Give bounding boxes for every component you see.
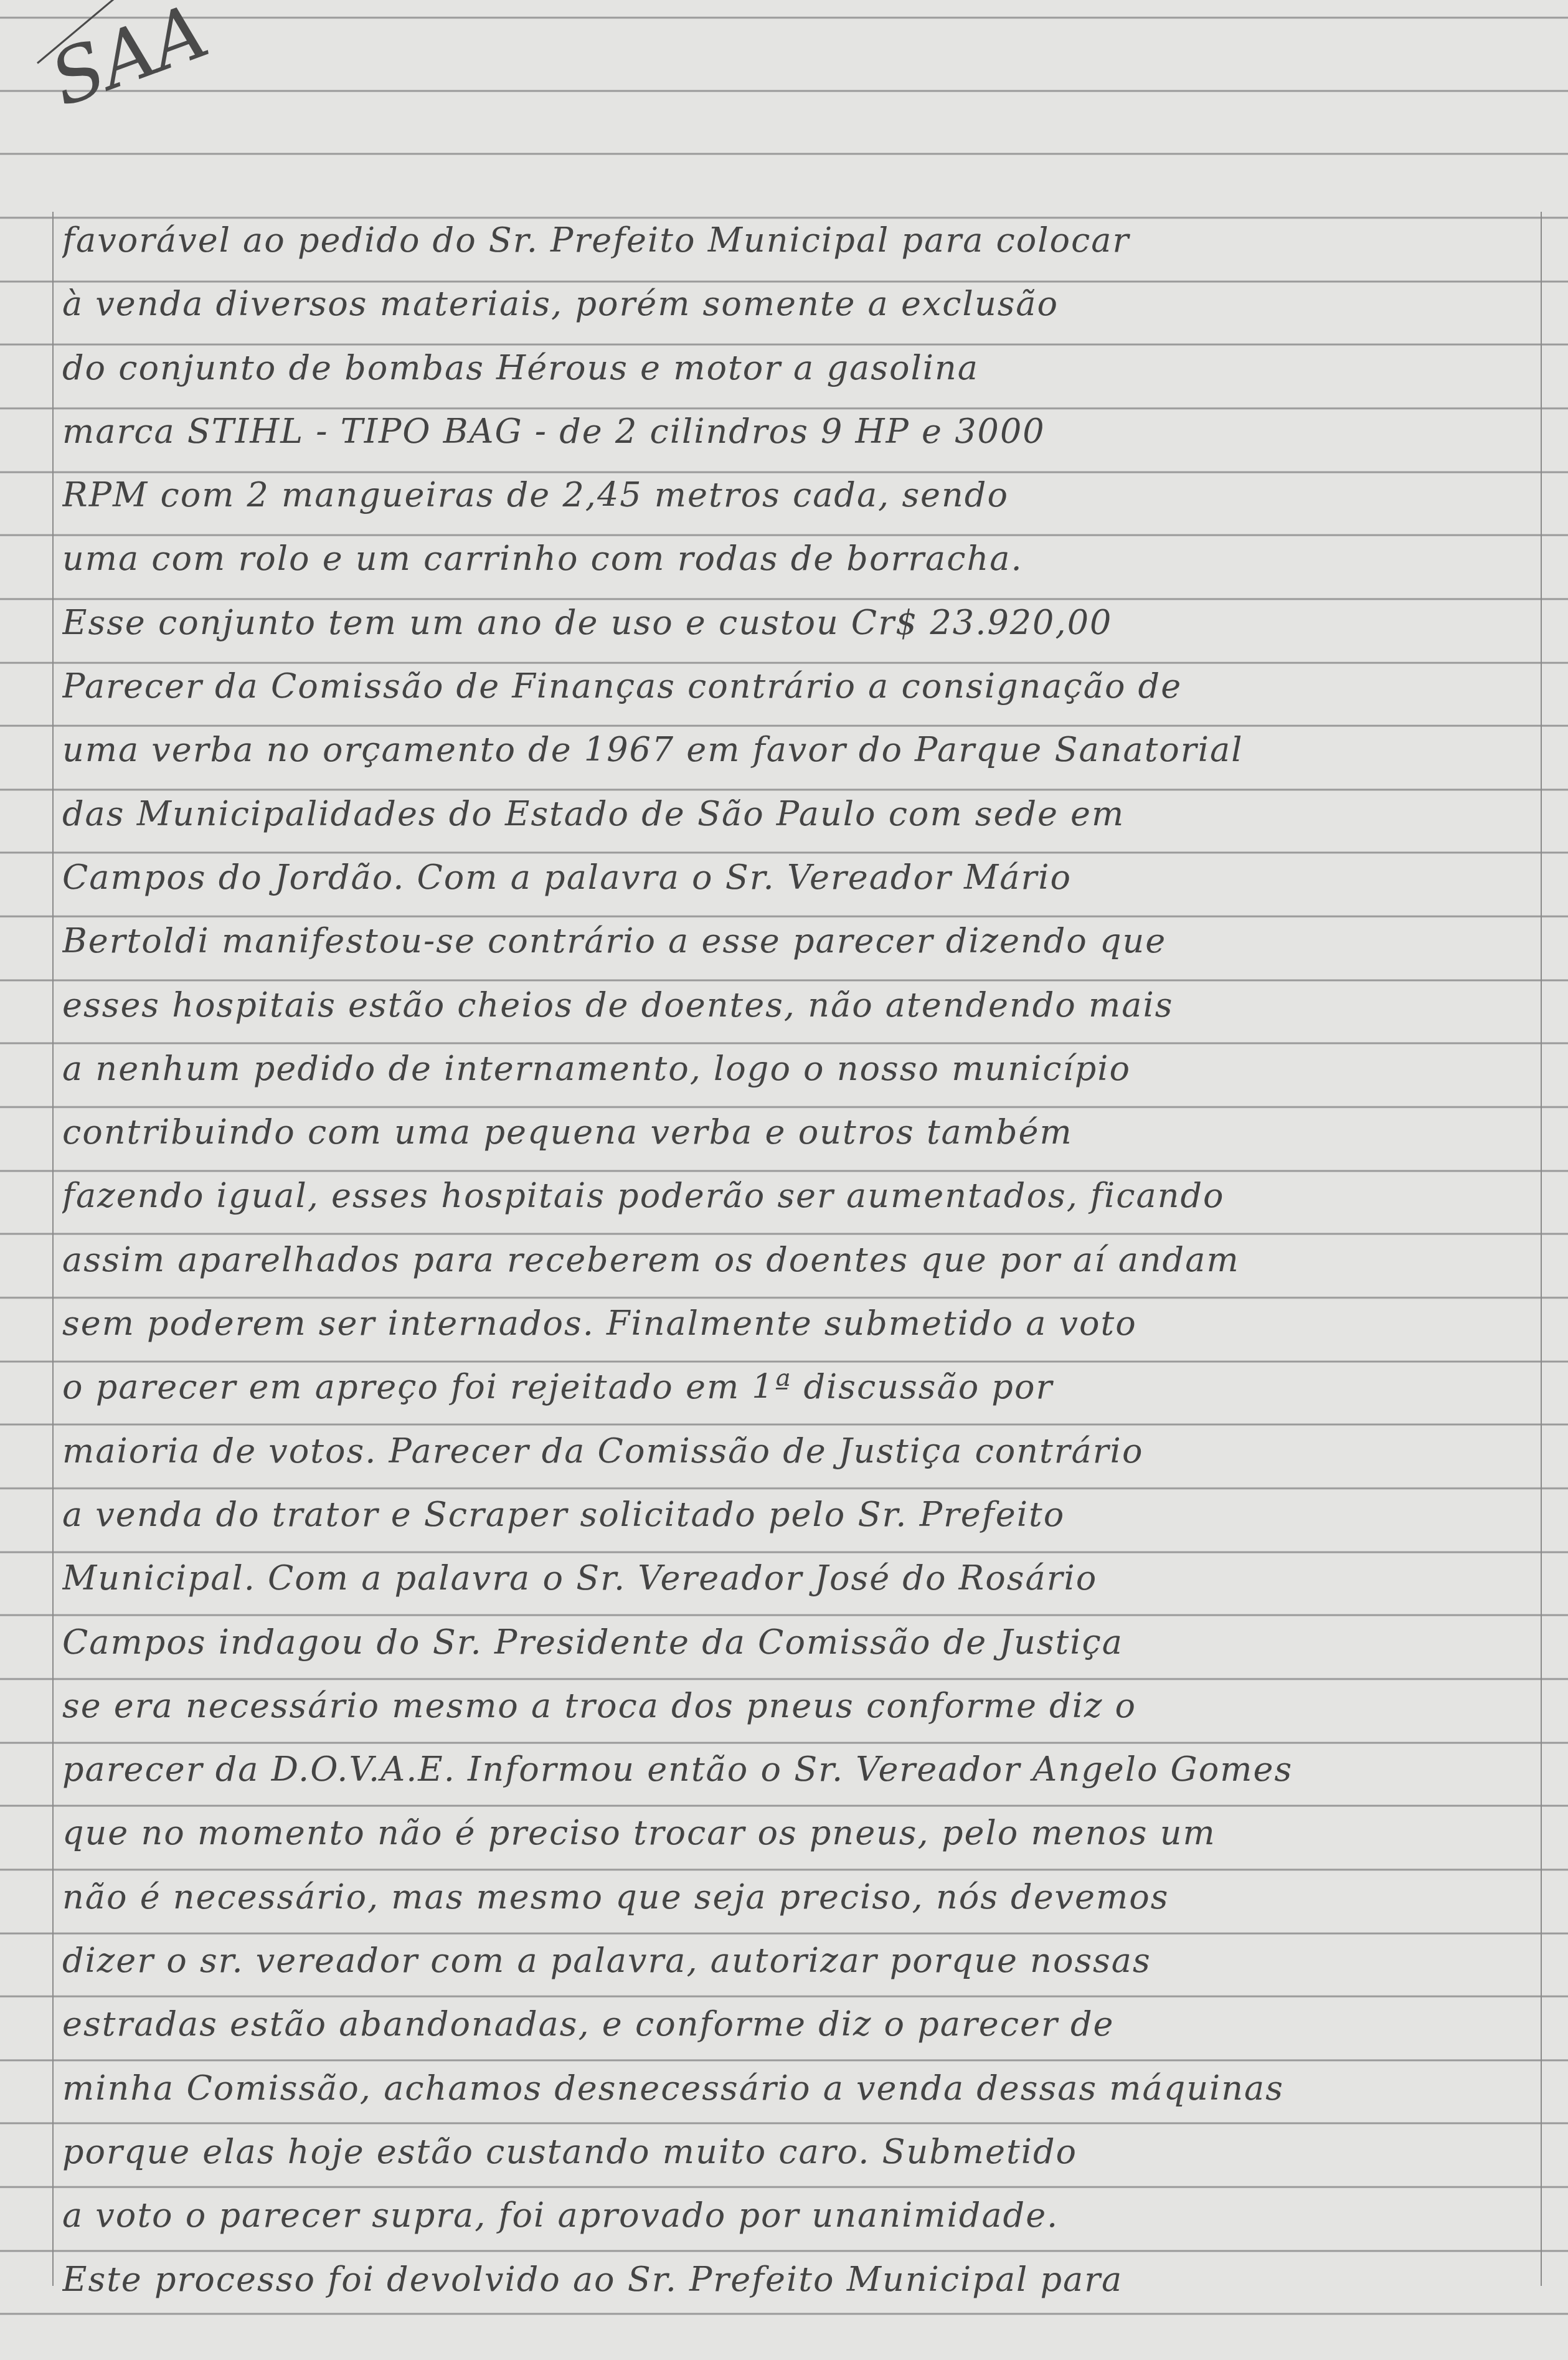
text-line: se era necessário mesmo a troca dos pneu… bbox=[62, 1674, 1544, 1738]
text-line: das Municipalidades do Estado de São Pau… bbox=[62, 782, 1544, 846]
text-line: sem poderem ser internados. Finalmente s… bbox=[62, 1292, 1544, 1355]
text-line: Campos do Jordão. Com a palavra o Sr. Ve… bbox=[62, 846, 1544, 909]
text-line: favorável ao pedido do Sr. Prefeito Muni… bbox=[62, 209, 1544, 272]
text-line: Parecer da Comissão de Finanças contrári… bbox=[62, 655, 1544, 718]
text-line: à venda diversos materiais, porém soment… bbox=[62, 272, 1544, 336]
text-line: que no momento não é preciso trocar os p… bbox=[62, 1801, 1544, 1865]
text-line: uma com rolo e um carrinho com rodas de … bbox=[62, 527, 1544, 590]
text-line: RPM com 2 mangueiras de 2,45 metros cada… bbox=[62, 463, 1544, 527]
text-line: Campos indagou do Sr. Presidente da Comi… bbox=[62, 1611, 1544, 1674]
text-line: esses hospitais estão cheios de doentes,… bbox=[62, 974, 1544, 1037]
text-line: não é necessário, mas mesmo que seja pre… bbox=[62, 1865, 1544, 1929]
text-line: o parecer em apreço foi rejeitado em 1ª … bbox=[62, 1355, 1544, 1419]
text-line: assim aparelhados para receberem os doen… bbox=[62, 1228, 1544, 1292]
text-line: minha Comissão, achamos desnecessário a … bbox=[62, 2057, 1544, 2120]
text-line: Este processo foi devolvido ao Sr. Prefe… bbox=[62, 2248, 1544, 2311]
text-line: Municipal. Com a palavra o Sr. Vereador … bbox=[62, 1547, 1544, 1610]
text-line: Esse conjunto tem um ano de uso e custou… bbox=[62, 591, 1544, 655]
text-line: dizer o sr. vereador com a palavra, auto… bbox=[62, 1929, 1544, 1993]
handwritten-text-body: favorável ao pedido do Sr. Prefeito Muni… bbox=[62, 209, 1544, 2311]
text-line: Bertoldi manifestou-se contrário a esse … bbox=[62, 909, 1544, 973]
monogram-signature: SAA bbox=[40, 0, 219, 124]
text-line: porque elas hoje estão custando muito ca… bbox=[62, 2120, 1544, 2184]
text-line: a nenhum pedido de internamento, logo o … bbox=[62, 1037, 1544, 1101]
text-line: contribuindo com uma pequena verba e out… bbox=[62, 1101, 1544, 1164]
left-margin-rule bbox=[52, 212, 54, 2286]
text-line: a voto o parecer supra, foi aprovado por… bbox=[62, 2184, 1544, 2247]
text-line: estradas estão abandonadas, e conforme d… bbox=[62, 1993, 1544, 2056]
text-line: parecer da D.O.V.A.E. Informou então o S… bbox=[62, 1738, 1544, 1801]
text-line: uma verba no orçamento de 1967 em favor … bbox=[62, 718, 1544, 782]
text-line: marca STIHL - TIPO BAG - de 2 cilindros … bbox=[62, 400, 1544, 463]
text-line: do conjunto de bombas Hérous e motor a g… bbox=[62, 336, 1544, 400]
text-line: a venda do trator e Scraper solicitado p… bbox=[62, 1483, 1544, 1547]
text-line: maioria de votos. Parecer da Comissão de… bbox=[62, 1419, 1544, 1483]
text-line: fazendo igual, esses hospitais poderão s… bbox=[62, 1164, 1544, 1228]
ledger-page: SAA favorável ao pedido do Sr. Prefeito … bbox=[0, 0, 1568, 2360]
